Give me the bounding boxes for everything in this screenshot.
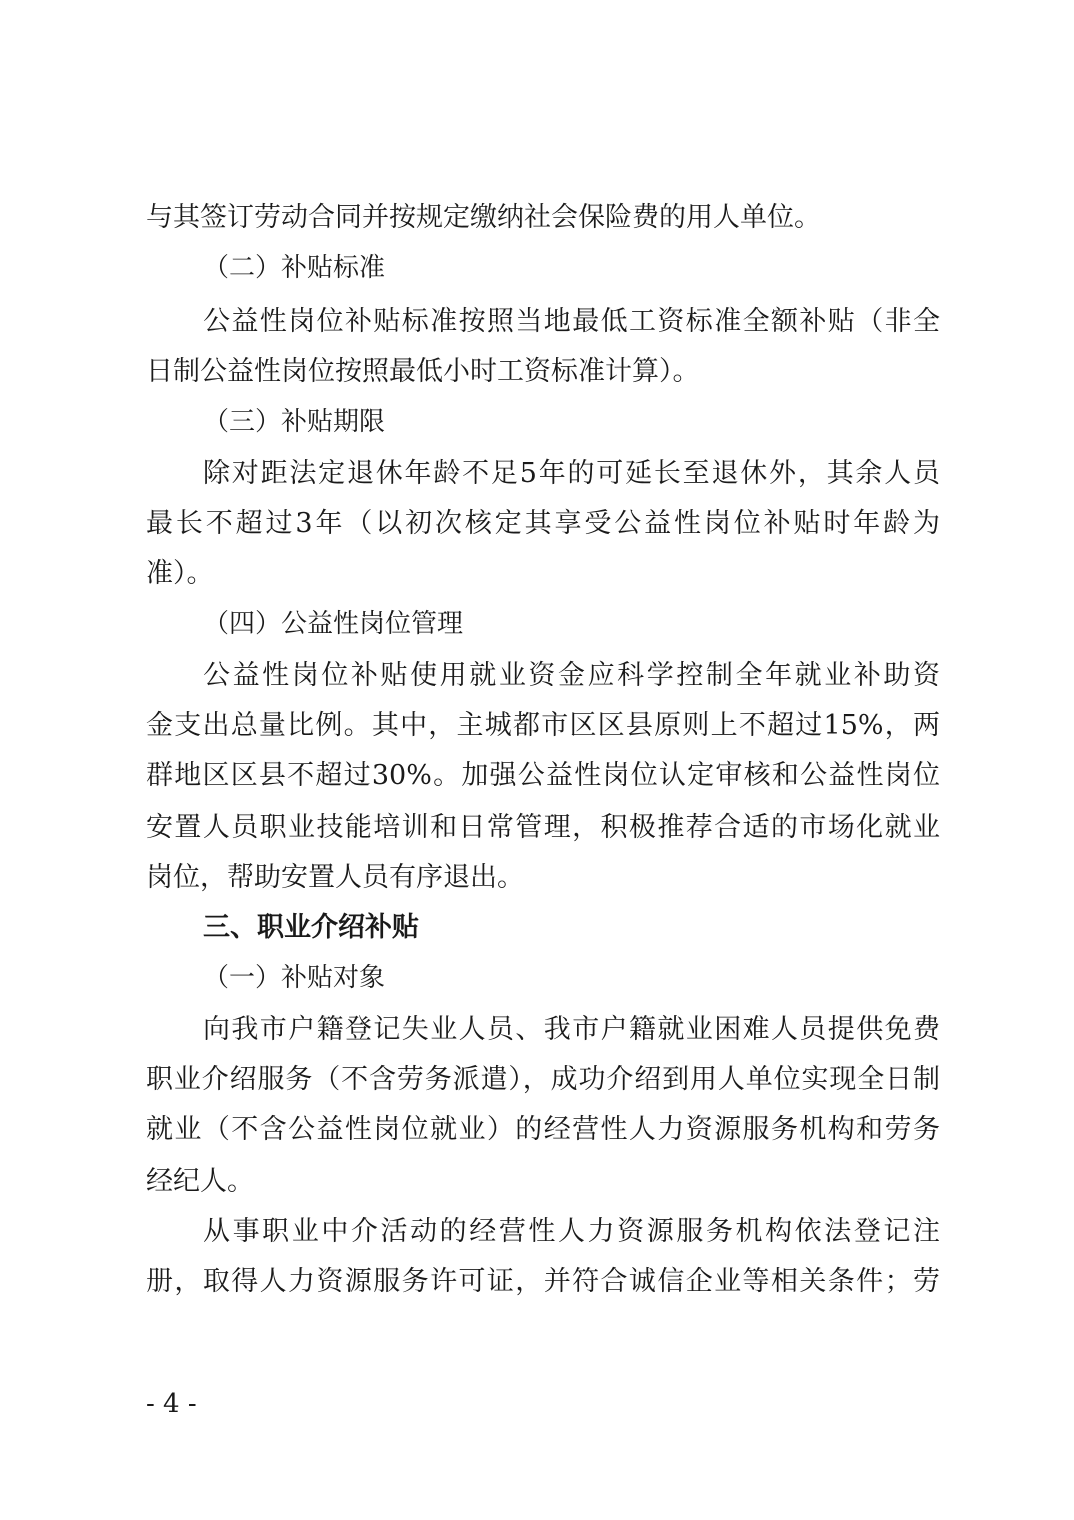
paragraph-line: 公益性岗位补贴使用就业资金应科学控制全年就业补助资 <box>203 656 940 696</box>
paragraph-line: 日制公益性岗位按照最低小时工资标准计算）。 <box>146 352 940 392</box>
section-heading-job-referral-subsidy: 三、职业介绍补贴 <box>203 908 940 948</box>
paragraph-line: 经纪人。 <box>146 1162 940 1202</box>
paragraph-line: 岗位，帮助安置人员有序退出。 <box>146 858 940 898</box>
document-page: 与其签订劳动合同并按规定缴纳社会保险费的用人单位。 （二）补贴标准 公益性岗位补… <box>0 0 1074 1520</box>
paragraph-line: 金支出总量比例。其中，主城都市区区县原则上不超过15%，两 <box>146 706 940 746</box>
paragraph-line: 从事职业中介活动的经营性人力资源服务机构依法登记注 <box>203 1212 940 1252</box>
paragraph-line: 册，取得人力资源服务许可证，并符合诚信企业等相关条件；劳 <box>146 1262 940 1302</box>
paragraph-line: 公益性岗位补贴标准按照当地最低工资标准全额补贴（非全 <box>203 302 940 342</box>
subsection-heading-subsidy-period: （三）补贴期限 <box>203 402 940 442</box>
subsection-heading-position-management: （四）公益性岗位管理 <box>203 604 940 644</box>
paragraph-line: 与其签订劳动合同并按规定缴纳社会保险费的用人单位。 <box>146 198 940 238</box>
paragraph-line: 职业介绍服务（不含劳务派遣），成功介绍到用人单位实现全日制 <box>146 1060 940 1100</box>
subsection-heading-subsidy-target: （一）补贴对象 <box>203 958 940 998</box>
page-number: - 4 - <box>146 1388 197 1420</box>
paragraph-line: 群地区区县不超过30%。加强公益性岗位认定审核和公益性岗位 <box>146 756 940 796</box>
paragraph-line: 就业（不含公益性岗位就业）的经营性人力资源服务机构和劳务 <box>146 1110 940 1150</box>
paragraph-line: 向我市户籍登记失业人员、我市户籍就业困难人员提供免费 <box>203 1010 940 1050</box>
paragraph-line: 准）。 <box>146 554 940 594</box>
paragraph-line: 除对距法定退休年龄不足5年的可延长至退休外，其余人员 <box>203 454 940 494</box>
paragraph-line: 最长不超过3年（以初次核定其享受公益性岗位补贴时年龄为 <box>146 504 940 544</box>
paragraph-line: 安置人员职业技能培训和日常管理，积极推荐合适的市场化就业 <box>146 808 940 848</box>
subsection-heading-subsidy-standard: （二）补贴标准 <box>203 248 940 288</box>
